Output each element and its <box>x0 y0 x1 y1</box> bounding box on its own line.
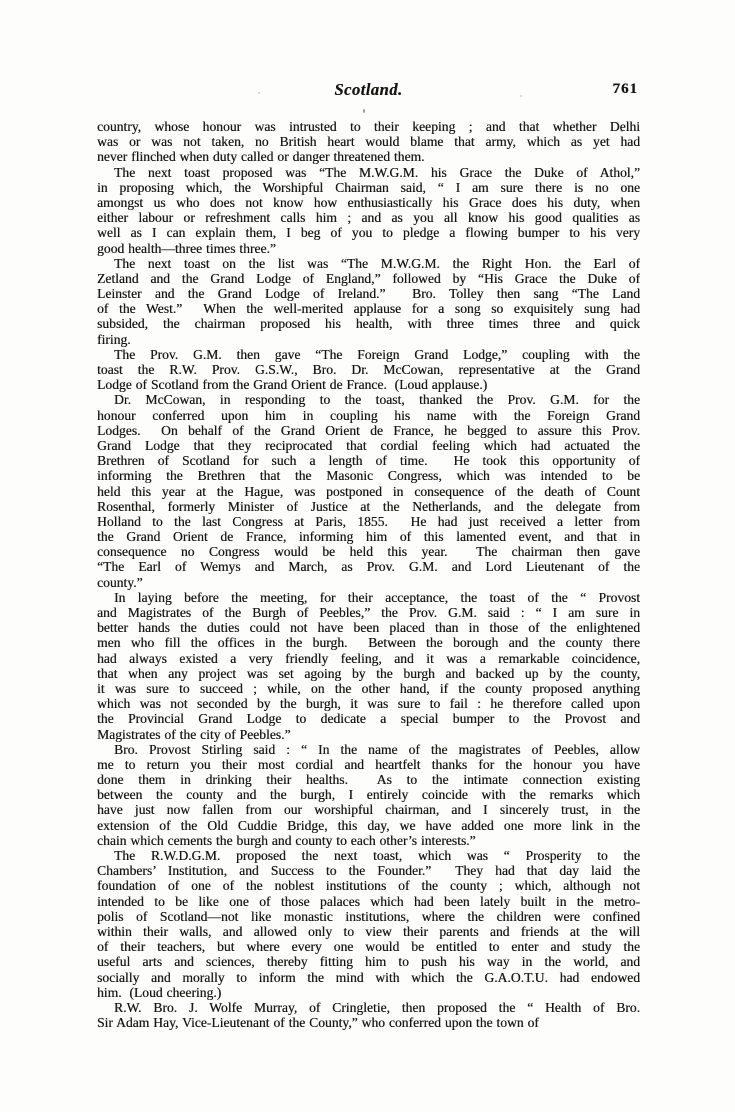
text-line: Rosenthal, formerly Minister of Justice … <box>97 499 640 514</box>
text-line: it was sure to succeed ; while, on the o… <box>97 681 640 696</box>
text-line: country, whose honour was intrusted to t… <box>97 119 640 134</box>
page-body: country, whose honour was intrusted to t… <box>97 119 640 1030</box>
text-line: In laying before the meeting, for their … <box>97 590 640 605</box>
text-line: informing the Brethren that the Masonic … <box>97 468 640 483</box>
text-line: the Provincial Grand Lodge to dedicate a… <box>97 711 640 726</box>
text-line: him. (Loud cheering.) <box>97 985 640 1000</box>
scan-speck <box>430 320 432 322</box>
text-line: extension of the Old Cuddie Bridge, this… <box>97 818 640 833</box>
scan-speck <box>620 130 623 132</box>
running-title: Scotland. <box>97 80 640 100</box>
text-line: toast the R.W. Prov. G.S.W., Bro. Dr. Mc… <box>97 362 640 377</box>
text-line: that when any project was set agoing by … <box>97 666 640 681</box>
text-line: consequence no Congress would be held th… <box>97 544 640 559</box>
text-line: Chambers’ Institution, and Success to th… <box>97 863 640 878</box>
text-line: men who fill the offices in the burgh. B… <box>97 635 640 650</box>
text-line: have just now fallen from our worshipful… <box>97 802 640 817</box>
text-line: The next toast on the list was “The M.W.… <box>97 256 640 271</box>
text-line: foundation of one of the noblest institu… <box>97 878 640 893</box>
text-line: between the county and the burgh, I enti… <box>97 787 640 802</box>
text-line: intended to be like one of those palaces… <box>97 894 640 909</box>
text-line: Sir Adam Hay, Vice-Lieutenant of the Cou… <box>97 1015 640 1030</box>
text-line: socially and morally to inform the mind … <box>97 970 640 985</box>
text-line: Leinster and the Grand Lodge of Ireland.… <box>97 286 640 301</box>
text-line: Lodges. On behalf of the Grand Orient de… <box>97 423 640 438</box>
text-line: well as I can explain them, I beg of you… <box>97 225 640 240</box>
text-line: in proposing which, the Worshipful Chair… <box>97 180 640 195</box>
book-page: Scotland. 761 country, whose honour was … <box>0 0 735 1112</box>
text-line: firing. <box>97 332 640 347</box>
text-line: and Magistrates of the Burgh of Peebles,… <box>97 605 640 620</box>
scan-speck <box>363 109 365 113</box>
text-line: Magistrates of the city of Peebles.” <box>97 727 640 742</box>
text-line: Brethren of Scotland for such a length o… <box>97 453 640 468</box>
text-line: chain which cements the burgh and county… <box>97 833 640 848</box>
text-line: of their teachers, but where every one w… <box>97 939 640 954</box>
text-line: which was not seconded by the burgh, it … <box>97 696 640 711</box>
text-line: county.” <box>97 575 640 590</box>
text-line: done them in drinking their healths. As … <box>97 772 640 787</box>
text-line: The next toast proposed was “The M.W.G.M… <box>97 165 640 180</box>
text-line: The R.W.D.G.M. proposed the next toast, … <box>97 848 640 863</box>
text-line: better hands the duties could not have b… <box>97 620 640 635</box>
text-line: useful arts and sciences, thereby fittin… <box>97 954 640 969</box>
text-line: me to return you their most cordial and … <box>97 757 640 772</box>
text-line: within their walls, and allowed only to … <box>97 924 640 939</box>
text-line: Holland to the last Congress at Paris, 1… <box>97 514 640 529</box>
text-line: had always existed a very friendly feeli… <box>97 651 640 666</box>
text-line: honour conferred upon him in coupling hi… <box>97 408 640 423</box>
page-number: 761 <box>613 81 639 98</box>
text-line: subsided, the chairman proposed his heal… <box>97 316 640 331</box>
text-line: held this year at the Hague, was postpon… <box>97 484 640 499</box>
text-line: of the West.” When the well-merited appl… <box>97 301 640 316</box>
text-line: never flinched when duty called or dange… <box>97 149 640 164</box>
text-line: “The Earl of Wemys and March, as Prov. G… <box>97 559 640 574</box>
text-line: polis of Scotland—not like monastic inst… <box>97 909 640 924</box>
text-line: Dr. McCowan, in responding to the toast,… <box>97 392 640 407</box>
text-line: The Prov. G.M. then gave “The Foreign Gr… <box>97 347 640 362</box>
text-line: amongst us who does not know how enthusi… <box>97 195 640 210</box>
scan-speck <box>150 530 152 532</box>
scan-speck <box>520 95 522 97</box>
text-line: the Grand Orient de France, informing hi… <box>97 529 640 544</box>
page-header: Scotland. 761 <box>97 80 640 98</box>
text-line: good health—three times three.” <box>97 241 640 256</box>
text-line: either labour or refreshment calls him ;… <box>97 210 640 225</box>
text-line: Bro. Provost Stirling said : “ In the na… <box>97 742 640 757</box>
text-line: Grand Lodge that they reciprocated that … <box>97 438 640 453</box>
scan-speck <box>258 92 260 94</box>
text-line: Lodge of Scotland from the Grand Orient … <box>97 377 640 392</box>
text-line: Zetland and the Grand Lodge of England,”… <box>97 271 640 286</box>
text-line: R.W. Bro. J. Wolfe Murray, of Cringletie… <box>97 1000 640 1015</box>
text-line: was or was not taken, no British heart w… <box>97 134 640 149</box>
